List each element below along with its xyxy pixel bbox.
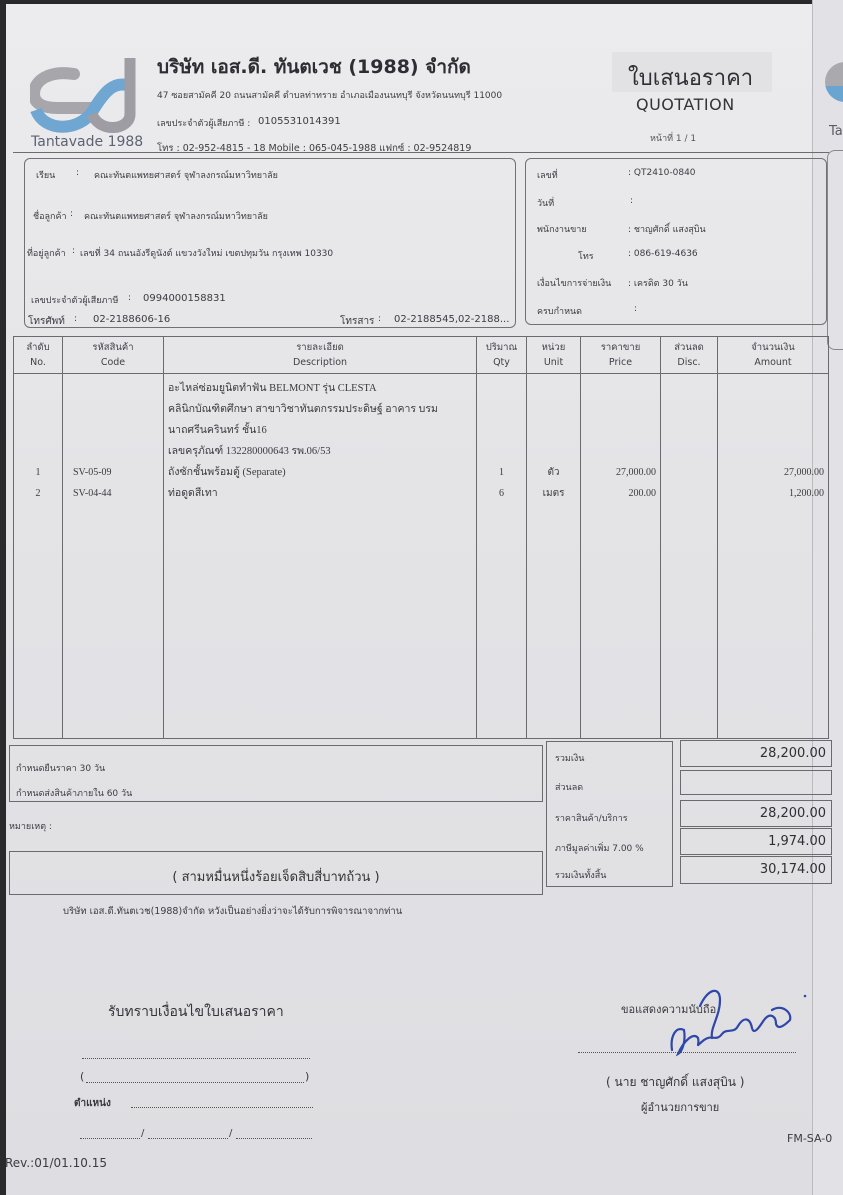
handwritten-signature xyxy=(664,982,814,1062)
table-header-row: ลำดับNo. รหัสสินค้าCode รายละเอียดDescri… xyxy=(14,337,829,374)
quote-no: : QT2410-0840 xyxy=(628,168,696,178)
salesperson: : ชาญศักดิ์ แสงสุบิน xyxy=(628,222,706,236)
signer-role: ผู้อำนวยการขาย xyxy=(641,1098,719,1116)
row-2-desc: ท่อดูดสีเทา xyxy=(168,483,472,504)
company-logo xyxy=(30,52,140,134)
date-month-line xyxy=(148,1138,228,1139)
closing-note: บริษัท เอส.ดี.ทันตเวช(1988)จำกัด หวังเป็… xyxy=(63,904,402,919)
row-2-code: SV-04-44 xyxy=(67,483,159,504)
next-page-brand-fragment: Ta xyxy=(829,124,843,139)
customer-name-label: ชื่อลูกค้า xyxy=(33,209,67,223)
col-description: รายละเอียดDescription xyxy=(164,337,477,374)
col-disc: ส่วนลดDisc. xyxy=(661,337,718,374)
quote-date: : xyxy=(630,196,633,206)
row-1-code: SV-05-09 xyxy=(67,462,159,483)
due-label: ครบกำหนด xyxy=(537,304,582,318)
date-year-line xyxy=(236,1138,312,1139)
col-no-en: No. xyxy=(14,355,62,370)
col-unit-th: หน่วย xyxy=(527,340,580,355)
row-2-price: 200.00 xyxy=(585,483,656,504)
col-qty: ปริมาณQty xyxy=(477,337,527,374)
row-1-amount: 27,000.00 xyxy=(722,462,824,483)
col-code-en: Code xyxy=(63,355,163,370)
col-price: ราคาขายPrice xyxy=(581,337,661,374)
discount-label: ส่วนลด xyxy=(555,780,583,794)
col-amount-th: จำนวนเงิน xyxy=(718,340,828,355)
discount-box xyxy=(680,770,832,795)
company-contact: โทร : 02-952-4815 - 18 Mobile : 065-045-… xyxy=(157,141,471,156)
net-label: ราคาสินค้า/บริการ xyxy=(555,811,628,825)
col-no-th: ลำดับ xyxy=(14,340,62,355)
row-2-no: 2 xyxy=(18,483,58,504)
cell-amount: 27,000.00 1,200.00 xyxy=(718,374,829,739)
customer-name: คณะทันตแพทยศาสตร์ จุฬาลงกรณ์มหาวิทยาลัย xyxy=(84,209,268,223)
position-line xyxy=(131,1107,313,1108)
col-code: รหัสสินค้าCode xyxy=(63,337,164,374)
desc-header-line-1: อะไหล่ซ่อมยูนิตทำฟัน BELMONT รุ่น CLESTA xyxy=(168,378,472,399)
customer-fax-colon: : xyxy=(378,314,381,324)
col-description-th: รายละเอียด xyxy=(164,340,476,355)
col-price-th: ราคาขาย xyxy=(581,340,660,355)
col-disc-th: ส่วนลด xyxy=(661,340,717,355)
col-unit-en: Unit xyxy=(527,355,580,370)
company-tax-id-label: เลขประจำตัวผู้เสียภาษี : xyxy=(157,116,250,130)
row-2-amount: 1,200.00 xyxy=(722,483,824,504)
remark-label: หมายเหตุ : xyxy=(9,819,52,833)
line-items-table: ลำดับNo. รหัสสินค้าCode รายละเอียดDescri… xyxy=(13,336,829,739)
brand-name: Tantavade 1988 xyxy=(31,134,143,150)
col-qty-en: Qty xyxy=(477,355,526,370)
next-page-logo xyxy=(825,62,843,102)
cell-qty: 1 6 xyxy=(477,374,527,739)
quotation-meta-box xyxy=(525,158,827,325)
date-sep-2: / xyxy=(229,1128,232,1139)
table-body: 1 2 SV-05-09 SV-04-44 อะไหล่ซ่อมยูนิตทำฟ… xyxy=(14,374,829,739)
customer-address-label: ที่อยู่ลูกค้า xyxy=(27,246,66,260)
desc-header-line-3: นาถศรีนครินทร์ ชั้น16 xyxy=(168,420,472,441)
vat-value: 1,974.00 xyxy=(680,834,826,849)
company-signature-line xyxy=(578,1052,796,1053)
cell-description: อะไหล่ซ่อมยูนิตทำฟัน BELMONT รุ่น CLESTA… xyxy=(164,374,477,739)
customer-tax-colon: : xyxy=(128,293,131,303)
col-price-en: Price xyxy=(581,355,660,370)
customer-phone-colon: : xyxy=(74,314,77,324)
desc-header-line-2: คลินิกบัณฑิตศึกษา สาขาวิชาทันตกรรมประดิษ… xyxy=(168,399,472,420)
vat-label: ภาษีมูลค่าเพิ่ม 7.00 % xyxy=(555,841,644,855)
date-day-line xyxy=(80,1138,140,1139)
subtotal-label: รวมเงิน xyxy=(555,751,584,765)
customer-phone: 02-2188606-16 xyxy=(93,314,170,325)
customer-name-line xyxy=(86,1082,304,1083)
quote-date-label: วันที่ xyxy=(537,196,554,210)
position-label: ตำแหน่ง xyxy=(74,1096,111,1111)
col-description-en: Description xyxy=(164,355,476,370)
payment-terms: : เครดิต 30 วัน xyxy=(628,276,688,290)
cell-code: SV-05-09 SV-04-44 xyxy=(63,374,164,739)
company-address: 47 ซอยสามัคคี 20 ถนนสามัคคี ตำบลท่าทราย … xyxy=(157,88,502,102)
sales-tel: : 086-619-4636 xyxy=(628,249,698,259)
customer-address-colon: : xyxy=(72,246,75,256)
cell-unit: ตัว เมตร xyxy=(527,374,581,739)
col-amount-en: Amount xyxy=(718,355,828,370)
col-disc-en: Disc. xyxy=(661,355,717,370)
salesperson-label: พนักงานขาย xyxy=(537,222,587,236)
grand-total-value: 30,174.00 xyxy=(680,862,826,877)
due-value: : xyxy=(634,304,637,314)
page-number: หน้าที่ 1 / 1 xyxy=(650,131,696,145)
delivery-terms: กำหนดส่งสินค้าภายใน 60 วัน xyxy=(16,786,132,800)
header-divider xyxy=(13,152,829,153)
doc-title-en: QUOTATION xyxy=(636,95,735,114)
doc-title-th: ใบเสนอราคา xyxy=(628,60,753,95)
price-validity: กำหนดยืนราคา 30 วัน xyxy=(16,761,105,775)
revision-code: Rev.:01/01.10.15 xyxy=(5,1156,107,1170)
row-1-no: 1 xyxy=(18,462,58,483)
row-1-price: 27,000.00 xyxy=(585,462,656,483)
net-value: 28,200.00 xyxy=(680,806,826,821)
form-code: FM-SA-0 xyxy=(787,1132,832,1145)
row-1-unit: ตัว xyxy=(531,462,576,483)
date-sep-1: / xyxy=(141,1128,144,1139)
payment-terms-label: เงื่อนไขการจ่ายเงิน xyxy=(537,276,611,290)
signer-name: ( นาย ชาญศักดิ์ แสงสุบิน ) xyxy=(606,1073,744,1092)
company-tax-id: 0105531014391 xyxy=(258,116,341,127)
col-qty-th: ปริมาณ xyxy=(477,340,526,355)
row-2-unit: เมตร xyxy=(531,483,576,504)
cell-no: 1 2 xyxy=(14,374,63,739)
customer-tax-label: เลขประจำตัวผู้เสียภาษี xyxy=(31,293,118,307)
sales-tel-label: โทร xyxy=(578,249,594,263)
attn-value: คณะทันตแพทยศาสตร์ จุฬาลงกรณ์มหาวิทยาลัย xyxy=(94,168,278,182)
col-unit: หน่วยUnit xyxy=(527,337,581,374)
quote-no-label: เลขที่ xyxy=(537,168,558,182)
col-code-th: รหัสสินค้า xyxy=(63,340,163,355)
customer-fax-label: โทรสาร xyxy=(340,314,374,329)
cell-price: 27,000.00 200.00 xyxy=(581,374,661,739)
customer-acknowledge-title: รับทราบเงื่อนไขใบเสนอราคา xyxy=(108,1001,284,1023)
customer-signature-line xyxy=(82,1058,310,1059)
attn-label: เรียน xyxy=(36,168,55,182)
row-1-desc: ถังซักชั้นพร้อมตู้ (Separate) xyxy=(168,462,472,483)
amount-in-words: ( สามหมื่นหนึ่งร้อยเจ็ดสิบสี่บาทถ้วน ) xyxy=(9,866,543,887)
row-1-qty: 1 xyxy=(481,462,522,483)
company-name: บริษัท เอส.ดี. ทันตเวช (1988) จำกัด xyxy=(157,52,471,82)
cell-disc xyxy=(661,374,718,739)
next-page-box xyxy=(827,150,843,350)
paren-open: ( xyxy=(80,1070,84,1083)
grand-total-label: รวมเงินทั้งสิ้น xyxy=(555,868,606,882)
desc-header-line-4: เลขครุภัณฑ์ 132280000643 รพ.06/53 xyxy=(168,441,472,462)
customer-address: เลขที่ 34 ถนนอังรีดูนังต์ แขวงวังใหม่ เข… xyxy=(80,246,333,260)
customer-fax: 02-2188545,02-2188... xyxy=(394,314,509,325)
customer-tax-id: 0994000158831 xyxy=(143,293,226,304)
subtotal-value: 28,200.00 xyxy=(680,746,826,761)
attn-colon: : xyxy=(76,168,79,178)
customer-name-colon: : xyxy=(70,209,73,219)
col-amount: จำนวนเงินAmount xyxy=(718,337,829,374)
col-no: ลำดับNo. xyxy=(14,337,63,374)
customer-phone-label: โทรศัพท์ xyxy=(28,314,65,329)
paren-close: ) xyxy=(305,1070,309,1083)
row-2-qty: 6 xyxy=(481,483,522,504)
